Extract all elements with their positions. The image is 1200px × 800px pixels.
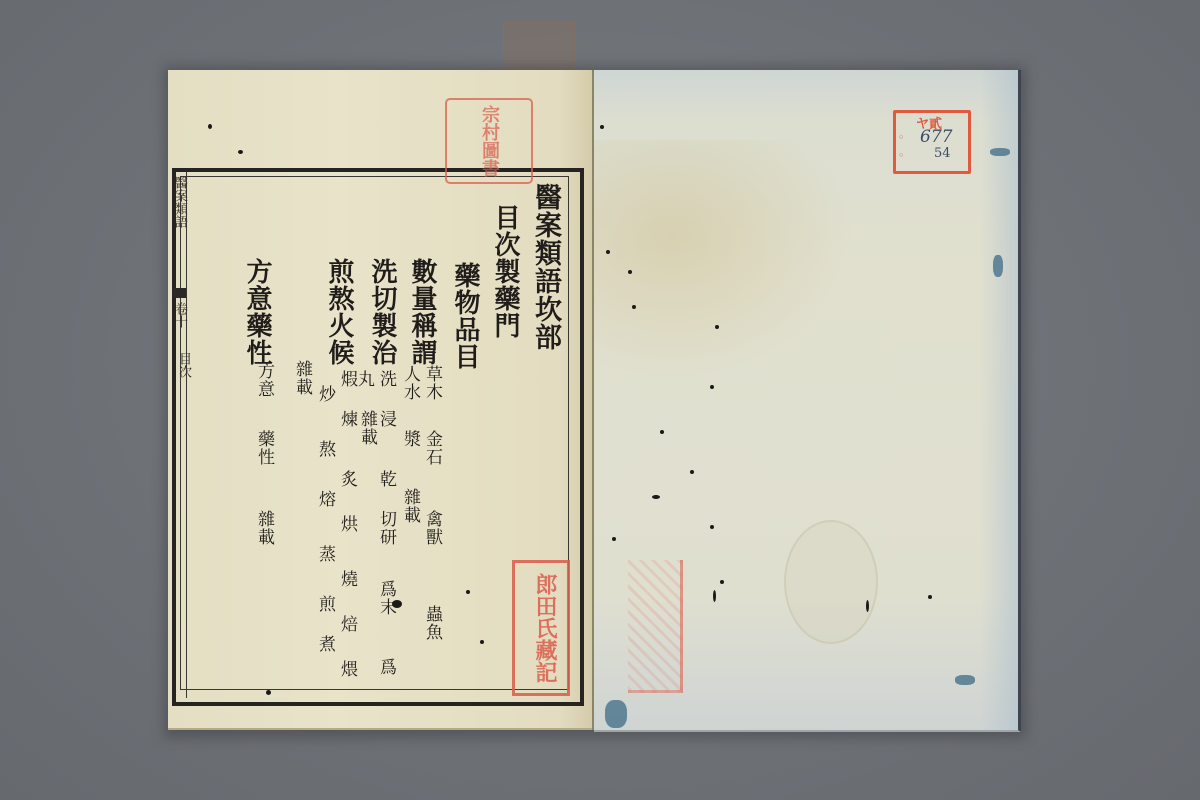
entry-sho-fry: 炒	[313, 385, 338, 403]
toc-heading-hoi: 方意藥性	[239, 258, 276, 366]
toc-title: 醫案類語坎部	[526, 183, 565, 351]
wormhole	[690, 470, 694, 474]
entry-somoku: 草木	[420, 365, 445, 401]
entry-zassai-4: 雜載	[252, 510, 277, 546]
wormhole	[612, 537, 616, 541]
library-label-subnumber: 54	[934, 146, 951, 161]
toc-heading-yakubutsu: 藥物品目	[447, 262, 484, 370]
faded-seal-offset	[628, 560, 683, 693]
wormhole	[928, 595, 932, 599]
entry-go: 熬	[313, 440, 338, 458]
wormhole	[628, 270, 632, 274]
entry-chugyo: 蟲魚	[420, 605, 445, 641]
water-stain	[594, 140, 854, 380]
collector-seal-rect: 郎田氏藏記	[512, 560, 570, 696]
blue-stain	[605, 700, 627, 728]
toc-heading-suryo: 數量稱謂	[404, 258, 441, 366]
wormhole	[715, 325, 719, 329]
hashira-section: 目次	[176, 352, 190, 378]
wormhole	[713, 590, 716, 602]
library-label-number: 677	[920, 127, 952, 147]
entry-zassai-3: 雜載	[290, 360, 315, 396]
hashira-book-title: 醫案類語	[172, 176, 186, 228]
entry-ko: 烘	[335, 515, 360, 533]
entry-ka: 煆	[335, 370, 360, 388]
entry-wai: 煨	[335, 660, 360, 678]
entry-yakusho: 藥性	[252, 430, 277, 466]
entry-kinju: 禽獸	[420, 510, 445, 546]
entry-sha-boil: 煮	[313, 635, 338, 653]
wormhole	[238, 150, 243, 154]
library-label-side: ◦◦	[898, 129, 905, 165]
wormhole	[866, 600, 869, 612]
wormhole	[466, 590, 470, 594]
entry-ren: 煉	[335, 410, 360, 428]
wormhole	[480, 640, 484, 644]
toc-subtitle: 目次製藥門	[487, 204, 524, 339]
hashira-volume: 卷十	[172, 302, 186, 328]
fish-tail-mark	[172, 288, 186, 298]
wormhole	[652, 495, 660, 499]
wormhole	[710, 385, 714, 389]
collector-seal-square: 宗村圖書	[445, 98, 533, 184]
entry-sen: 洗	[374, 370, 399, 388]
seal-text: 宗村圖書	[475, 105, 503, 177]
entry-zassai-1: 雜載	[398, 488, 423, 524]
wormhole	[600, 125, 604, 129]
entry-jo: 蒸	[313, 545, 338, 563]
entry-imatsu: 爲末	[374, 580, 399, 616]
entry-sen-decoct: 煎	[313, 595, 338, 613]
entry-yo: 熔	[313, 490, 338, 508]
wormhole	[632, 305, 636, 309]
entry-sho: 漿	[398, 430, 423, 448]
entry-jinsui: 人水	[398, 365, 423, 401]
entry-kan: 乾	[374, 470, 399, 488]
entry-hoi: 方意	[252, 362, 277, 398]
wormhole	[710, 525, 714, 529]
water-ring	[784, 520, 878, 644]
library-label: ヤ貳 ◦◦ 677 54	[893, 110, 971, 174]
entry-kinseki: 金石	[420, 430, 445, 466]
blue-stain	[990, 148, 1010, 156]
wormhole	[606, 250, 610, 254]
ink-blot	[392, 600, 402, 608]
wormhole	[266, 690, 271, 695]
toc-heading-sengo: 煎熬火候	[321, 258, 358, 366]
hashira-column	[172, 172, 187, 698]
blue-stain	[993, 255, 1003, 277]
entry-setsuken: 切研	[374, 510, 399, 546]
entry-hai: 焙	[335, 615, 360, 633]
wormhole	[208, 124, 212, 129]
entry-sha: 炙	[335, 470, 360, 488]
wormhole	[720, 580, 724, 584]
entry-i: 爲	[374, 658, 399, 676]
toc-heading-senset: 洗切製治	[364, 258, 401, 366]
blue-stain	[955, 675, 975, 685]
wormhole	[660, 430, 664, 434]
entry-sho-burn: 燒	[335, 570, 360, 588]
